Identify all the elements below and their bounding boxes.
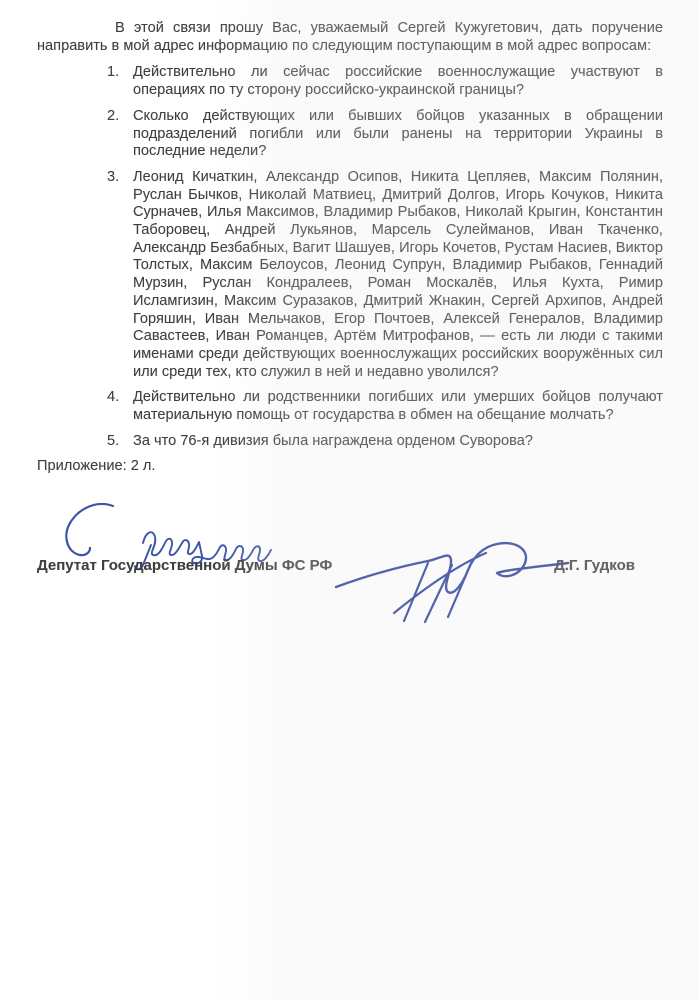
question-number: 5. <box>107 433 133 451</box>
question-item: 2.Сколько действующих или бывших бойцов … <box>107 108 663 161</box>
question-text: Леонид Кичаткин, Александр Осипов, Никит… <box>133 169 663 381</box>
question-text: Действительно ли сейчас российские военн… <box>133 64 663 99</box>
question-item: 1.Действительно ли сейчас российские вое… <box>107 64 663 99</box>
attachment-note: Приложение: 2 л. <box>37 458 663 476</box>
question-item: 4.Действительно ли родственники погибших… <box>107 389 663 424</box>
question-number: 3. <box>107 169 133 381</box>
question-item: 3.Леонид Кичаткин, Александр Осипов, Ник… <box>107 169 663 381</box>
question-list: 1.Действительно ли сейчас российские вое… <box>37 64 663 450</box>
question-text: Сколько действующих или бывших бойцов ук… <box>133 108 663 161</box>
signature-title: Депутат Государственной Думы ФС РФ <box>37 556 332 575</box>
letter-body: В этой связи прошу Вас, уважаемый Сергей… <box>37 20 663 491</box>
question-number: 2. <box>107 108 133 161</box>
question-number: 1. <box>107 64 133 99</box>
question-number: 4. <box>107 389 133 424</box>
question-text: За что 76-я дивизия была награждена орде… <box>133 433 663 451</box>
question-item: 5.За что 76-я дивизия была награждена ор… <box>107 433 663 451</box>
question-text: Действительно ли родственники погибших и… <box>133 389 663 424</box>
signature-row: Депутат Государственной Думы ФС РФ Д.Г. … <box>37 556 635 575</box>
scanned-letter-page: В этой связи прошу Вас, уважаемый Сергей… <box>0 0 699 1000</box>
signature-name: Д.Г. Гудков <box>554 556 635 575</box>
intro-paragraph: В этой связи прошу Вас, уважаемый Сергей… <box>37 20 663 55</box>
